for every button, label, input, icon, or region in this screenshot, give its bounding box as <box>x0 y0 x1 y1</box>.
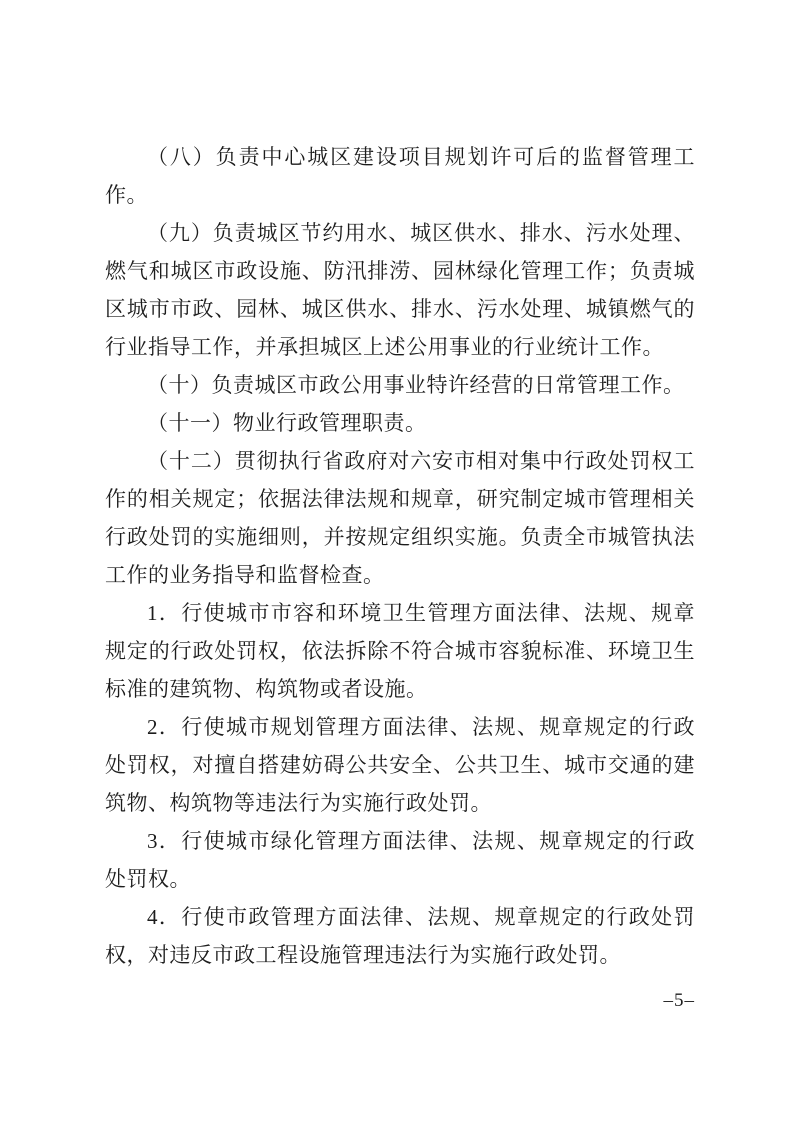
numbered-item-4: 4．行使市政管理方面法律、法规、规章规定的行政处罚权，对违反市政工程设施管理违法… <box>105 898 695 974</box>
paragraph-item-11: （十一）物业行政管理职责。 <box>105 404 695 442</box>
numbered-item-1: 1．行使城市市容和环境卫生管理方面法律、法规、规章规定的行政处罚权，依法拆除不符… <box>105 594 695 708</box>
document-body: （八）负责中心城区建设项目规划许可后的监督管理工作。 （九）负责城区节约用水、城… <box>105 138 695 974</box>
page-number: –5– <box>664 990 696 1012</box>
paragraph-item-8: （八）负责中心城区建设项目规划许可后的监督管理工作。 <box>105 138 695 214</box>
numbered-item-2: 2．行使城市规划管理方面法律、法规、规章规定的行政处罚权，对擅自搭建妨碍公共安全… <box>105 708 695 822</box>
document-page: （八）负责中心城区建设项目规划许可后的监督管理工作。 （九）负责城区节约用水、城… <box>0 0 793 1122</box>
numbered-item-3: 3．行使城市绿化管理方面法律、法规、规章规定的行政处罚权。 <box>105 822 695 898</box>
paragraph-item-9: （九）负责城区节约用水、城区供水、排水、污水处理、燃气和城区市政设施、防汛排涝、… <box>105 214 695 366</box>
paragraph-item-12: （十二）贯彻执行省政府对六安市相对集中行政处罚权工作的相关规定；依据法律法规和规… <box>105 442 695 594</box>
paragraph-item-10: （十）负责城区市政公用事业特许经营的日常管理工作。 <box>105 366 695 404</box>
